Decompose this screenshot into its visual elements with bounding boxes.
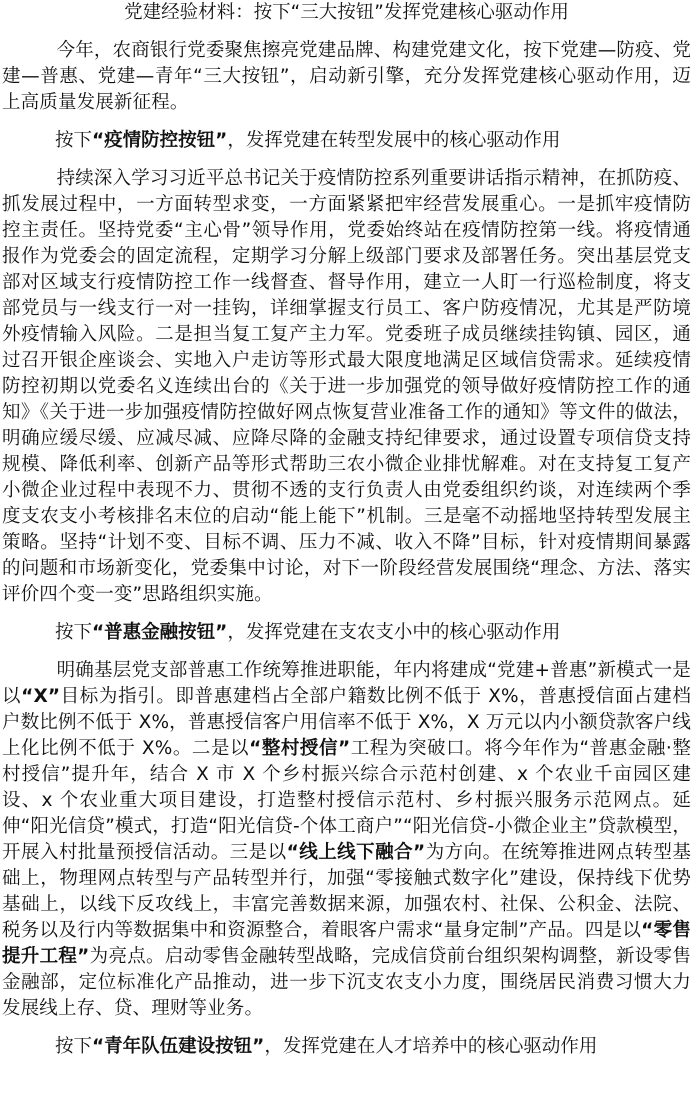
heading-suffix: ，发挥党建在支农支小中的核心驱动作用 [227,622,560,643]
heading-suffix: ，发挥党建在人才培养中的核心驱动作用 [264,1036,597,1057]
section-body-inclusive-finance: 明确基层党支部普惠工作统筹推进职能，年内将建成“党建+普惠”新模式一是以“X”目… [0,658,693,1022]
body-text: 为亮点。启动零售金融转型战略，完成信贷前台组织架构调整，新设零售金融部，定位标准… [2,946,691,1019]
section-heading-youth-team: 按下“青年队伍建设按钮”，发挥党建在人才培养中的核心驱动作用 [0,1034,693,1060]
heading-bold: “青年队伍建设按钮” [92,1036,264,1057]
body-bold: “线上线下融合” [287,842,426,863]
section-heading-inclusive-finance: 按下“普惠金融按钮”，发挥党建在支农支小中的核心驱动作用 [0,620,693,646]
heading-prefix: 按下 [55,130,92,151]
heading-suffix: ，发挥党建在转型发展中的核心驱动作用 [227,130,560,151]
heading-prefix: 按下 [55,1036,92,1057]
section-body-epidemic: 持续深入学习习近平总书记关于疫情防控系列重要讲话指示精神，在抓防疫、抓发展过程中… [0,166,693,608]
heading-bold: “普惠金融按钮” [92,622,227,643]
document-title: 党建经验材料：按下“三大按钮”发挥党建核心驱动作用 [0,0,693,26]
body-bold: “X” [21,686,60,707]
heading-bold: “疫情防控按钮” [92,130,227,151]
body-bold: “整村授信” [249,738,350,759]
heading-prefix: 按下 [55,622,92,643]
document: 党建经验材料：按下“三大按钮”发挥党建核心驱动作用 今年，农商银行党委聚焦擦亮党… [0,0,693,1060]
section-heading-epidemic: 按下“疫情防控按钮”，发挥党建在转型发展中的核心驱动作用 [0,128,693,154]
intro-paragraph: 今年，农商银行党委聚焦擦亮党建品牌、构建党建文化，按下党建—防疫、党建—普惠、党… [0,38,693,116]
